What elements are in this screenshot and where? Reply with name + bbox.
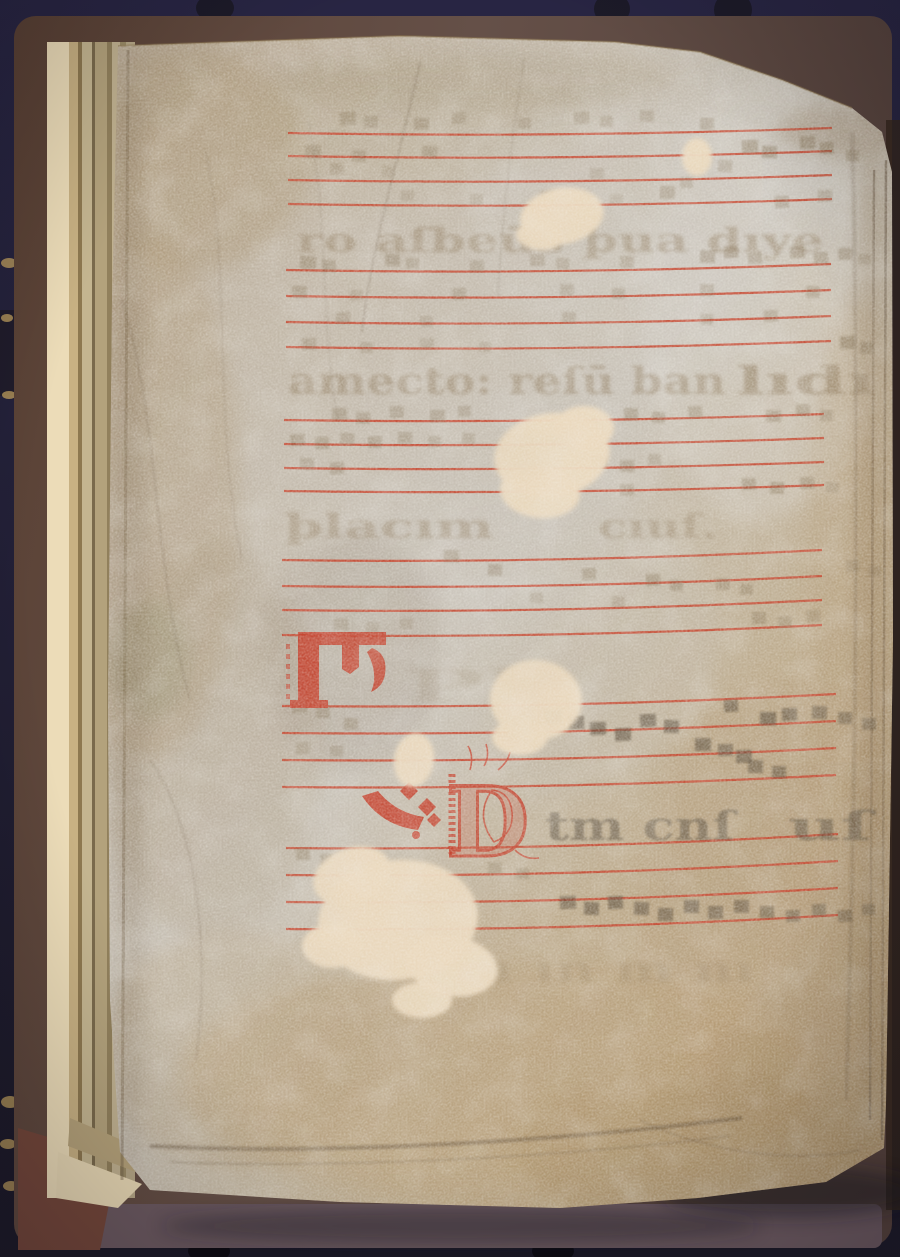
manuscript-photo: ro aſbeūs þua dıyeamecto: reſū banlıdıþl…: [0, 0, 900, 1257]
photo-vignette: [0, 0, 900, 1257]
manuscript-scene: ro aſbeūs þua dıyeamecto: reſū banlıdıþl…: [0, 0, 900, 1257]
vignette-layer: [0, 0, 900, 1257]
